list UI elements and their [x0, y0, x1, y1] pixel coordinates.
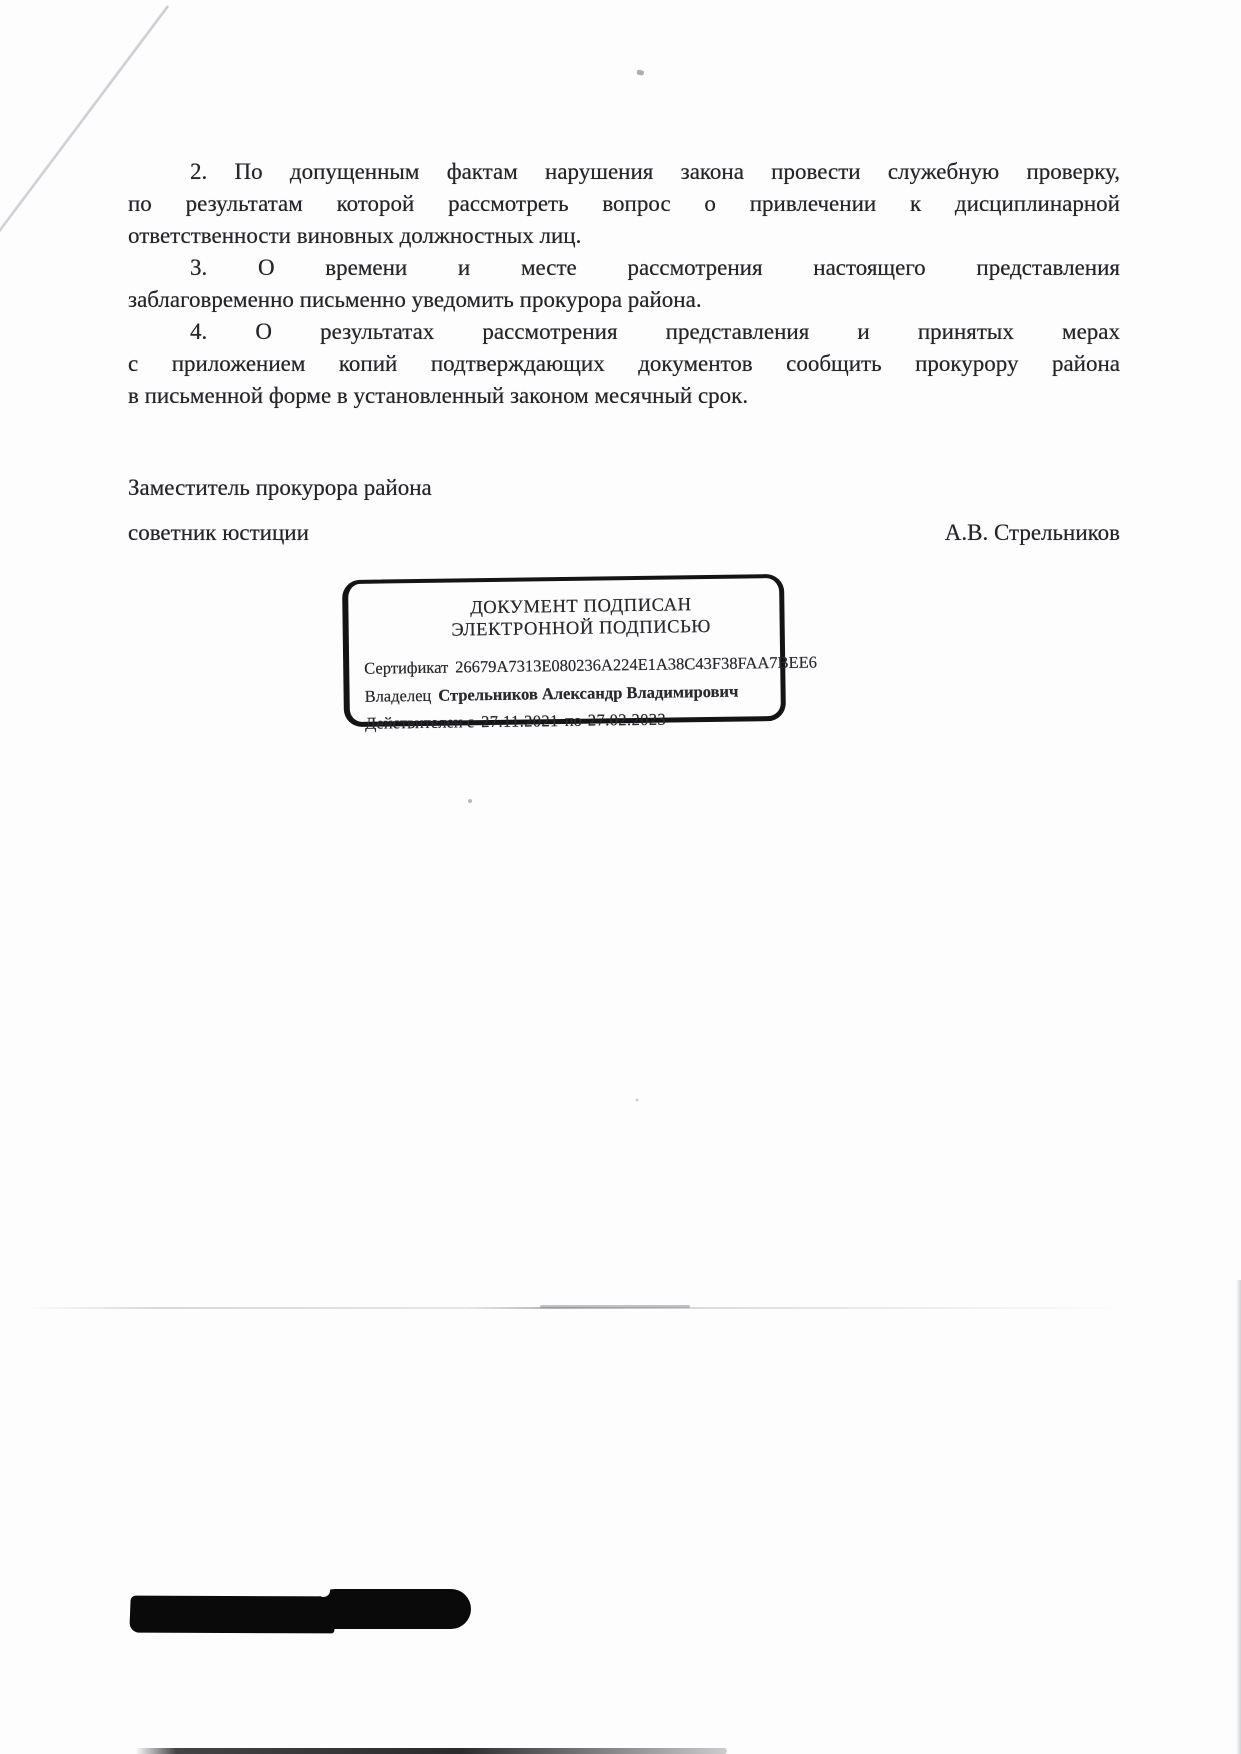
redaction-bar-right — [315, 1589, 471, 1629]
owner-value: Стрельников Александр Владимирович — [438, 681, 738, 704]
validity-from-date: 27.11.2021 — [481, 711, 559, 731]
paragraph4-line2: с приложением копий подтверждающих докум… — [128, 348, 1120, 380]
page-edge-shadow — [1236, 1280, 1241, 1754]
signature-row: советник юстиции А.В. Стрельников — [128, 517, 1120, 549]
paragraph4-line1: 4. О результатах рассмотрения представле… — [128, 316, 1120, 348]
scan-speck — [636, 69, 644, 75]
paragraph2-line3: ответственности виновных должностных лиц… — [128, 220, 1120, 252]
signer-position-line2: советник юстиции — [128, 517, 309, 549]
validity-label: Действителен с — [365, 712, 474, 733]
validity-to-date: 27.02.2023 — [588, 710, 667, 730]
bottom-scan-streak — [135, 1748, 727, 1754]
scan-streak-dark — [540, 1305, 690, 1308]
paragraph4-line3: в письменной форме в установленный закон… — [128, 380, 1120, 412]
paragraph2-line1: 2. По допущенным фактам нарушения закона… — [128, 156, 1120, 188]
signer-name: А.В. Стрельников — [945, 517, 1120, 549]
redaction-bar-left — [129, 1596, 335, 1634]
paragraph3-line2: заблаговременно письменно уведомить прок… — [128, 284, 1120, 316]
validity-separator: по — [565, 711, 582, 730]
scanned-page: 2. По допущенным фактам нарушения закона… — [0, 0, 1241, 1754]
electronic-signature-stamp: ДОКУМЕНТ ПОДПИСАН ЭЛЕКТРОННОЙ ПОДПИСЬЮ С… — [342, 574, 786, 727]
scan-dot-small — [636, 1099, 639, 1102]
scan-streak — [25, 1307, 1130, 1309]
scan-dot — [468, 799, 472, 803]
certificate-value: 26679A7313E080236A224E1A38C43F38FAA7BEE6 — [455, 652, 817, 676]
paragraph3-line1: 3. О времени и месте рассмотрения настоя… — [128, 252, 1120, 284]
document-body: 2. По допущенным фактам нарушения закона… — [128, 156, 1120, 412]
certificate-label: Сертификат — [364, 658, 448, 678]
stamp-title-line2: ЭЛЕКТРОННОЙ ПОДПИСЬЮ — [383, 615, 780, 643]
stamp-details: Сертификат26679A7313E080236A224E1A38C43F… — [349, 649, 781, 738]
owner-line: ВладелецСтрельников Александр Владимиров… — [364, 676, 780, 709]
paragraph2-line2: по результатам которой рассмотреть вопро… — [128, 188, 1120, 220]
signer-position-line1: Заместитель прокурора района — [128, 472, 432, 504]
validity-line: Действителен с27.11.2021по27.02.2023 — [365, 704, 781, 737]
stamp-title: ДОКУМЕНТ ПОДПИСАН ЭЛЕКТРОННОЙ ПОДПИСЬЮ — [348, 593, 780, 643]
owner-label: Владелец — [364, 685, 431, 705]
